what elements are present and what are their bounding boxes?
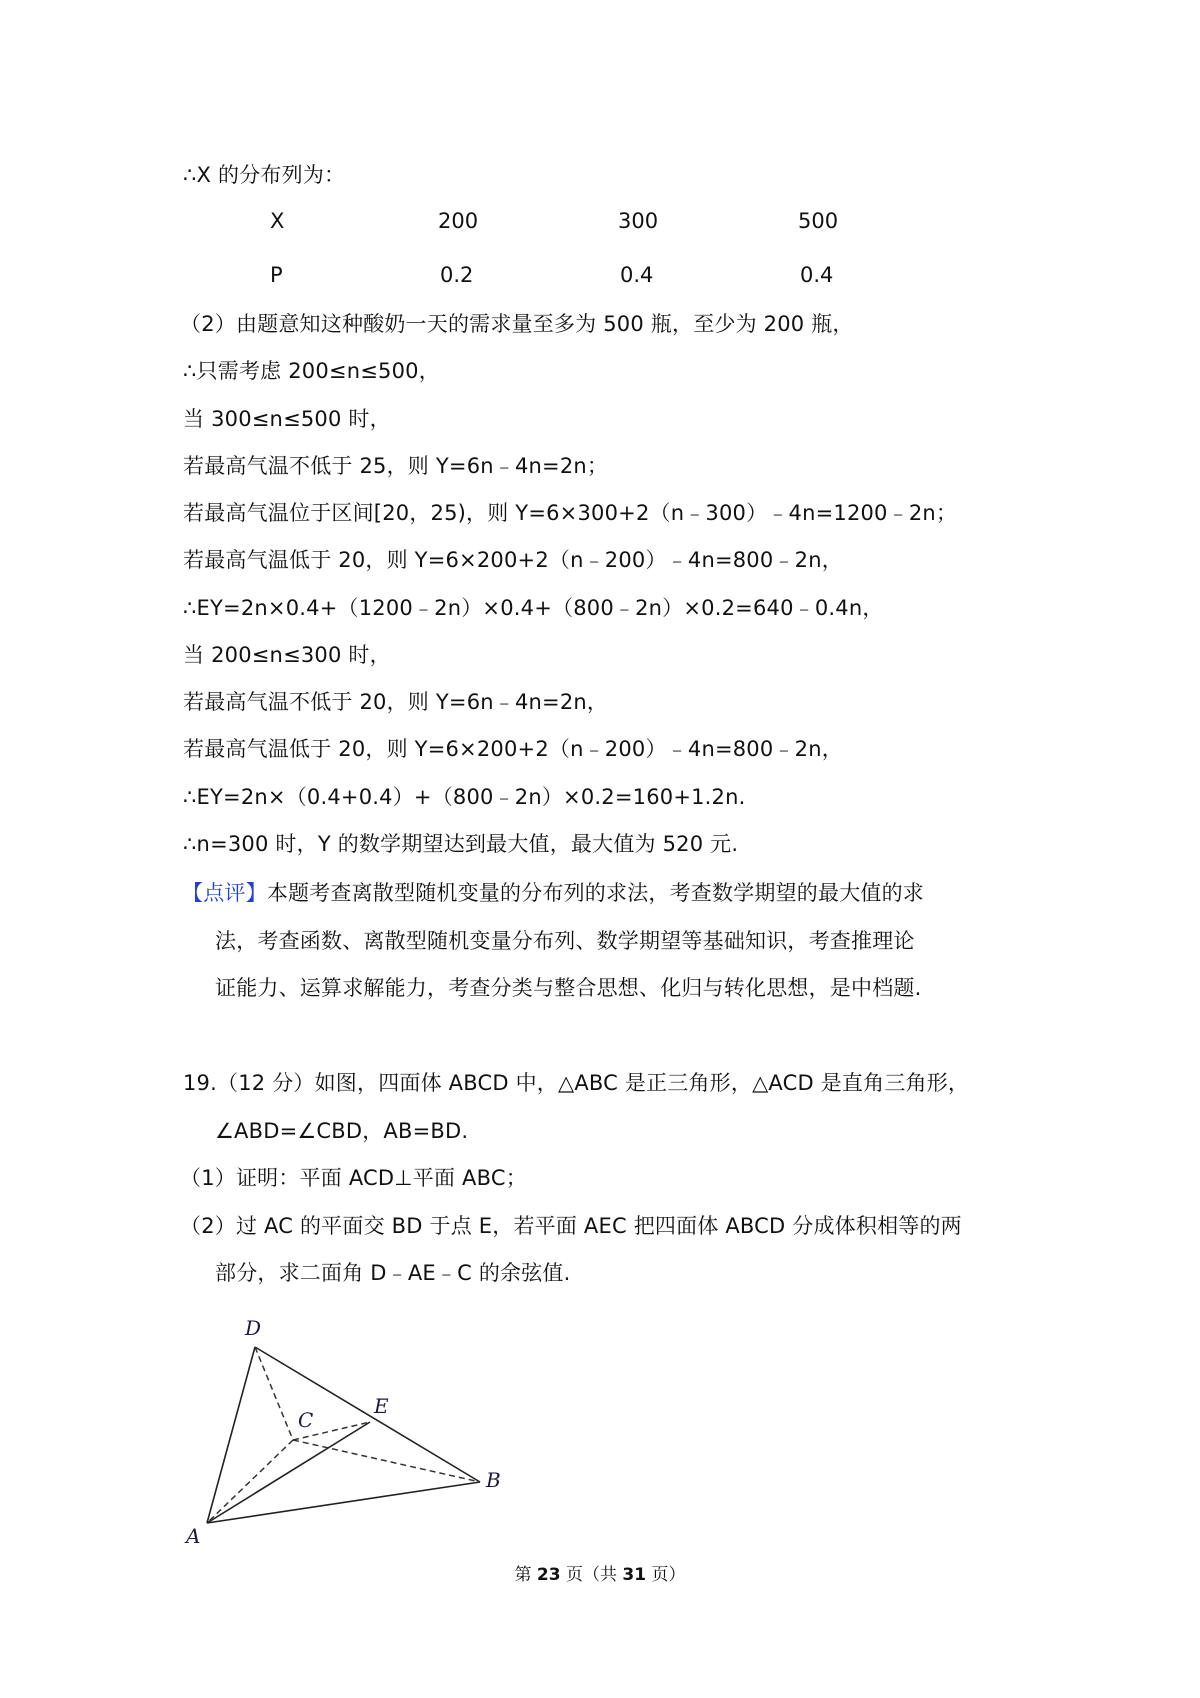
solution-line: 若最高气温位于区间[20，25)，则 Y=6×300+2（n﹣300）﹣4n=1… <box>183 498 957 528</box>
vertex-label-d: D <box>245 1316 261 1340</box>
problem-part2-cont: 部分，求二面角 D﹣AE﹣C 的余弦值. <box>215 1258 571 1288</box>
comment-label: 【点评】 <box>182 881 267 905</box>
comment-text: 证能力、运算求解能力，考查分类与整合思想、化归与转化思想，是中档题. <box>215 973 921 1003</box>
problem-part2: （2）过 AC 的平面交 BD 于点 E，若平面 AEC 把四面体 ABCD 分… <box>180 1211 962 1241</box>
solution-line: 若最高气温不低于 20，则 Y=6n﹣4n=2n， <box>183 687 608 717</box>
vertex-label-c: C <box>298 1408 313 1432</box>
table-row-p-label: P <box>270 260 283 290</box>
problem-condition: ∠ABD=∠CBD，AB=BD. <box>215 1116 468 1146</box>
solution-line: （2）由题意知这种酸奶一天的需求量至多为 500 瓶，至少为 200 瓶， <box>180 309 854 339</box>
table-header-200: 200 <box>438 206 478 236</box>
solution-line: ∴n=300 时，Y 的数学期望达到最大值，最大值为 520 元. <box>183 829 738 859</box>
table-cell-p-200: 0.2 <box>440 260 473 290</box>
table-header-500: 500 <box>798 206 838 236</box>
solution-line: 当 300≤n≤500 时， <box>183 404 391 434</box>
table-header-x: X <box>270 206 284 236</box>
solution-line: ∴EY=2n×（0.4+0.4）+（800﹣2n）×0.2=160+1.2n. <box>183 782 746 812</box>
footer-suffix: 页） <box>646 1565 685 1585</box>
tetrahedron-diagram <box>180 1310 510 1550</box>
vertex-label-e: E <box>374 1394 389 1418</box>
page-footer: 第 23 页（共 31 页） <box>0 1560 1200 1585</box>
vertex-label-a: A <box>186 1524 200 1548</box>
comment-text: 法，考查函数、离散型随机变量分布列、数学期望等基础知识，考查推理论 <box>215 926 915 956</box>
table-cell-p-500: 0.4 <box>800 260 833 290</box>
tetrahedron-figure: D C E B A <box>180 1310 510 1550</box>
page-total: 31 <box>622 1565 646 1585</box>
problem-statement: 19.（12 分）如图，四面体 ABCD 中，△ABC 是正三角形，△ACD 是… <box>183 1068 969 1098</box>
problem-part1: （1）证明：平面 ACD⊥平面 ABC； <box>180 1163 527 1193</box>
page-number: 23 <box>537 1565 561 1585</box>
table-cell-p-300: 0.4 <box>620 260 653 290</box>
vertex-label-b: B <box>486 1468 501 1492</box>
solution-line: 若最高气温不低于 25，则 Y=6n﹣4n=2n； <box>183 451 608 481</box>
table-header-300: 300 <box>618 206 658 236</box>
solution-line: 若最高气温低于 20，则 Y=6×200+2（n﹣200）﹣4n=800﹣2n， <box>183 734 843 764</box>
footer-prefix: 第 <box>515 1565 537 1585</box>
solution-line: 当 200≤n≤300 时， <box>183 640 391 670</box>
comment-text: 本题考查离散型随机变量的分布列的求法，考查数学期望的最大值的求 <box>267 881 924 905</box>
solution-line: ∴只需考虑 200≤n≤500， <box>183 356 440 386</box>
distribution-intro: ∴X 的分布列为： <box>183 160 345 190</box>
solution-line: 若最高气温低于 20，则 Y=6×200+2（n﹣200）﹣4n=800﹣2n， <box>183 545 843 575</box>
solution-line: ∴EY=2n×0.4+（1200﹣2n）×0.4+（800﹣2n）×0.2=64… <box>183 593 884 623</box>
footer-middle: 页（共 <box>561 1565 623 1585</box>
